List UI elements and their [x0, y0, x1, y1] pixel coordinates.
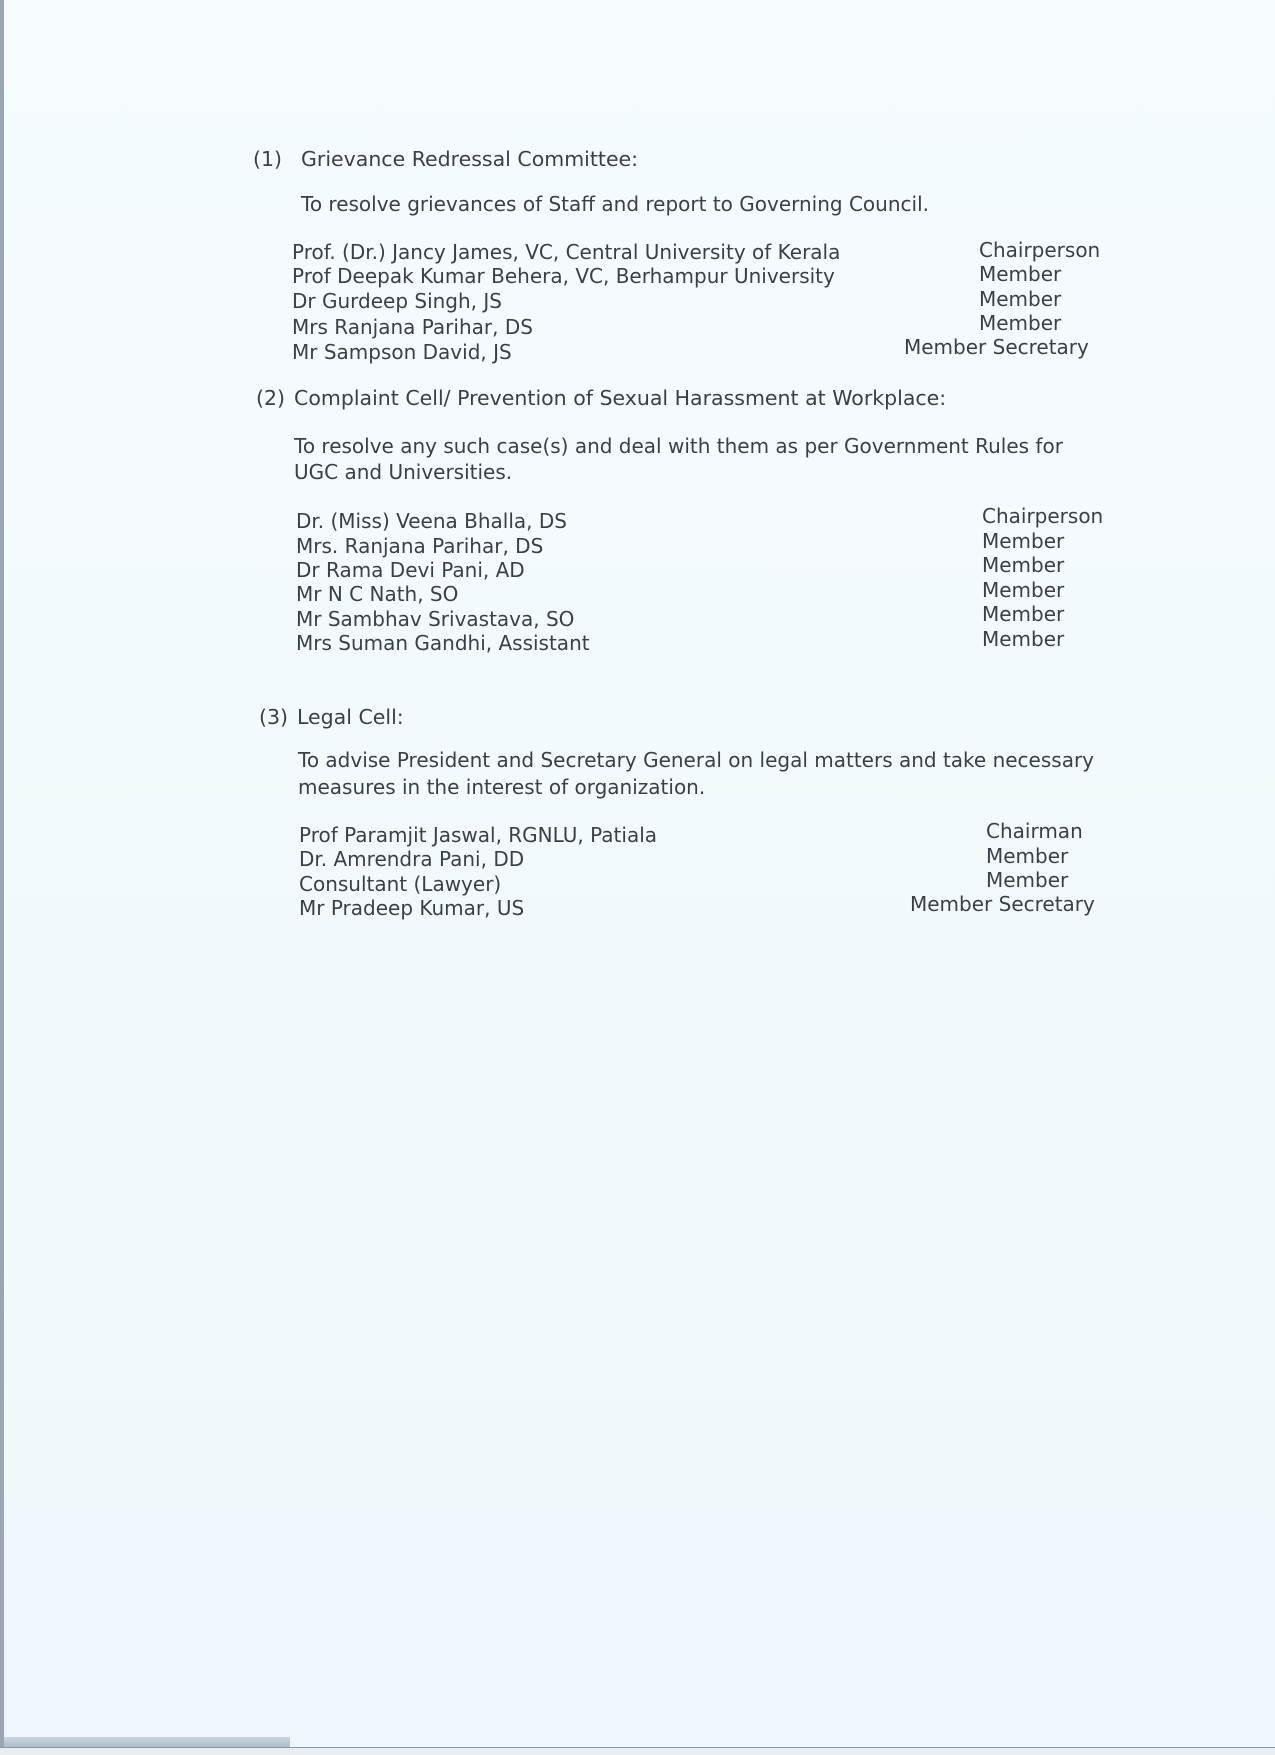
section-description: UGC and Universities.: [294, 460, 512, 484]
member-role: Member: [982, 529, 1064, 553]
section-description: To resolve any such case(s) and deal wit…: [294, 434, 1063, 458]
scan-bottom-shadow: [4, 1737, 290, 1747]
member-name: Dr. Amrendra Pani, DD: [299, 847, 524, 871]
member-name: Mrs. Ranjana Parihar, DS: [296, 534, 543, 558]
member-name: Mr Pradeep Kumar, US: [299, 896, 524, 920]
member-role: Member: [986, 868, 1068, 892]
member-name: Mr Sampson David, JS: [292, 340, 512, 364]
member-name: Dr. (Miss) Veena Bhalla, DS: [296, 509, 567, 533]
member-role: Member Secretary: [910, 892, 1095, 916]
section-title: Legal Cell:: [297, 705, 404, 729]
member-role: Member: [982, 602, 1064, 626]
member-role: Member: [982, 578, 1064, 602]
section-description: To resolve grievances of Staff and repor…: [301, 192, 929, 216]
scanned-page: (1) Grievance Redressal Committee: To re…: [0, 0, 1275, 1755]
scan-bottom-edge: [0, 1747, 1275, 1755]
member-name: Dr Gurdeep Singh, JS: [292, 289, 502, 313]
member-role: Member: [986, 844, 1068, 868]
member-role: Chairperson: [982, 504, 1103, 528]
member-role: Member: [982, 627, 1064, 651]
member-role: Member: [979, 311, 1061, 335]
member-role: Chairperson: [979, 238, 1100, 262]
member-name: Prof Deepak Kumar Behera, VC, Berhampur …: [292, 264, 835, 288]
scan-left-edge: [0, 0, 4, 1755]
section-description: To advise President and Secretary Genera…: [298, 748, 1094, 772]
member-name: Consultant (Lawyer): [299, 872, 501, 896]
section-number: (3): [259, 705, 288, 729]
member-name: Prof. (Dr.) Jancy James, VC, Central Uni…: [292, 240, 840, 264]
member-name: Mr Sambhav Srivastava, SO: [296, 607, 574, 631]
member-name: Dr Rama Devi Pani, AD: [296, 558, 525, 582]
member-role: Member: [982, 553, 1064, 577]
member-name: Mrs Ranjana Parihar, DS: [292, 315, 533, 339]
member-role: Chairman: [986, 819, 1083, 843]
member-role: Member Secretary: [904, 335, 1089, 359]
member-name: Mr N C Nath, SO: [296, 582, 458, 606]
section-description: measures in the interest of organization…: [298, 775, 705, 799]
member-name: Mrs Suman Gandhi, Assistant: [296, 631, 590, 655]
member-name: Prof Paramjit Jaswal, RGNLU, Patiala: [299, 823, 657, 847]
section-number: (1): [253, 147, 282, 171]
section-title: Grievance Redressal Committee:: [301, 147, 638, 171]
section-number: (2): [256, 386, 285, 410]
section-title: Complaint Cell/ Prevention of Sexual Har…: [294, 386, 946, 410]
member-role: Member: [979, 287, 1061, 311]
member-role: Member: [979, 262, 1061, 286]
